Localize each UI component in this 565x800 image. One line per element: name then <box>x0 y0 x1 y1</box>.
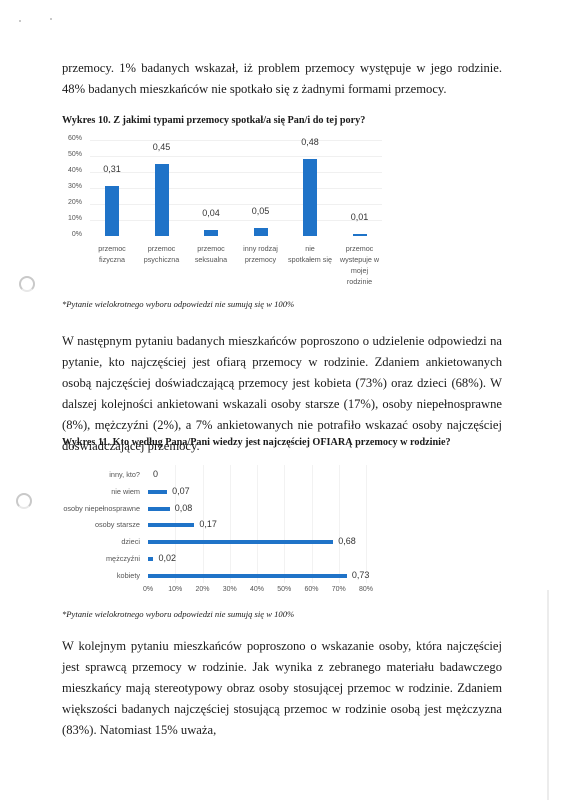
y-tick-label: 10% <box>60 215 82 222</box>
y-tick-label: 40% <box>60 167 82 174</box>
x-tick-label: 10% <box>163 586 187 593</box>
scan-edge <box>547 590 549 800</box>
x-tick-label: 70% <box>327 586 351 593</box>
bar <box>148 557 153 561</box>
scan-speck <box>19 20 21 22</box>
category-label: przemocwystepuje wmojejrodzinie <box>333 243 387 287</box>
gridline <box>312 465 313 583</box>
y-tick-label: 20% <box>60 199 82 206</box>
gridline <box>90 140 382 141</box>
data-label: 0,31 <box>92 164 132 174</box>
category-label: przemocfizyczna <box>85 243 139 265</box>
data-label: 0,05 <box>241 206 281 216</box>
data-label: 0,04 <box>191 208 231 218</box>
y-tick-label: 30% <box>60 183 82 190</box>
paragraph-intro: przemocy. 1% badanych wskazał, iż proble… <box>62 58 502 100</box>
gridline <box>90 204 382 205</box>
bar <box>148 523 194 527</box>
category-label: kobiety <box>60 571 140 580</box>
data-label: 0,45 <box>142 142 182 152</box>
bar <box>148 540 333 544</box>
data-label: 0,02 <box>158 553 176 563</box>
data-label: 0,68 <box>338 536 356 546</box>
gridline <box>90 220 382 221</box>
category-label: przemocpsychiczna <box>135 243 189 265</box>
chart1-footnote: *Pytanie wielokrotnego wyboru odpowiedzi… <box>62 299 294 309</box>
category-label: nie wiem <box>60 487 140 496</box>
category-label: osoby niepełnosprawne <box>60 504 140 513</box>
category-label: osoby starsze <box>60 520 140 529</box>
bar <box>148 574 347 578</box>
data-label: 0,07 <box>172 486 190 496</box>
x-tick-label: 0% <box>136 586 160 593</box>
chart-victims: 0%10%20%30%40%50%60%70%80%inny, kto?0nie… <box>60 465 350 605</box>
x-tick-label: 80% <box>354 586 378 593</box>
gridline <box>230 465 231 583</box>
chart1-caption: Wykres 10. Z jakimi typami przemocy spot… <box>62 115 365 126</box>
chart2-footnote: *Pytanie wielokrotnego wyboru odpowiedzi… <box>62 609 294 619</box>
category-label: mężczyźni <box>60 554 140 563</box>
bar <box>148 507 170 511</box>
y-tick-label: 0% <box>60 231 82 238</box>
bar <box>148 490 167 494</box>
data-label: 0 <box>153 469 158 479</box>
data-label: 0,01 <box>340 212 380 222</box>
bar <box>204 230 218 236</box>
chart2-caption: Wykres 11. Kto według Pana/Pani wiedzy j… <box>62 437 451 448</box>
data-label: 0,48 <box>290 137 330 147</box>
category-label: inny, kto? <box>60 470 140 479</box>
data-label: 0,08 <box>175 503 193 513</box>
category-label: niespotkałem się <box>283 243 337 265</box>
x-tick-label: 60% <box>300 586 324 593</box>
category-label: przemocseksualna <box>184 243 238 265</box>
x-tick-label: 40% <box>245 586 269 593</box>
x-tick-label: 30% <box>218 586 242 593</box>
bar <box>254 228 268 236</box>
data-label: 0,73 <box>352 570 370 580</box>
data-label: 0,17 <box>199 519 217 529</box>
paragraph-perpetrators: W kolejnym pytaniu mieszkańców poproszon… <box>62 636 502 741</box>
gridline <box>90 188 382 189</box>
gridline <box>284 465 285 583</box>
bar <box>353 234 367 236</box>
gridline <box>366 465 367 583</box>
punch-hole <box>16 493 32 509</box>
punch-hole <box>19 276 35 292</box>
scan-speck <box>50 18 52 20</box>
bar <box>105 186 119 236</box>
bar <box>303 159 317 236</box>
gridline <box>90 172 382 173</box>
category-label: inny rodzajprzemocy <box>234 243 288 265</box>
y-tick-label: 50% <box>60 151 82 158</box>
bar <box>155 164 169 236</box>
gridline <box>90 156 382 157</box>
category-label: dzieci <box>60 537 140 546</box>
x-tick-label: 50% <box>272 586 296 593</box>
chart-violence-types: 0%10%20%30%40%50%60%0,31przemocfizyczna0… <box>60 130 385 295</box>
x-tick-label: 20% <box>191 586 215 593</box>
gridline <box>257 465 258 583</box>
gridline <box>339 465 340 583</box>
y-tick-label: 60% <box>60 135 82 142</box>
